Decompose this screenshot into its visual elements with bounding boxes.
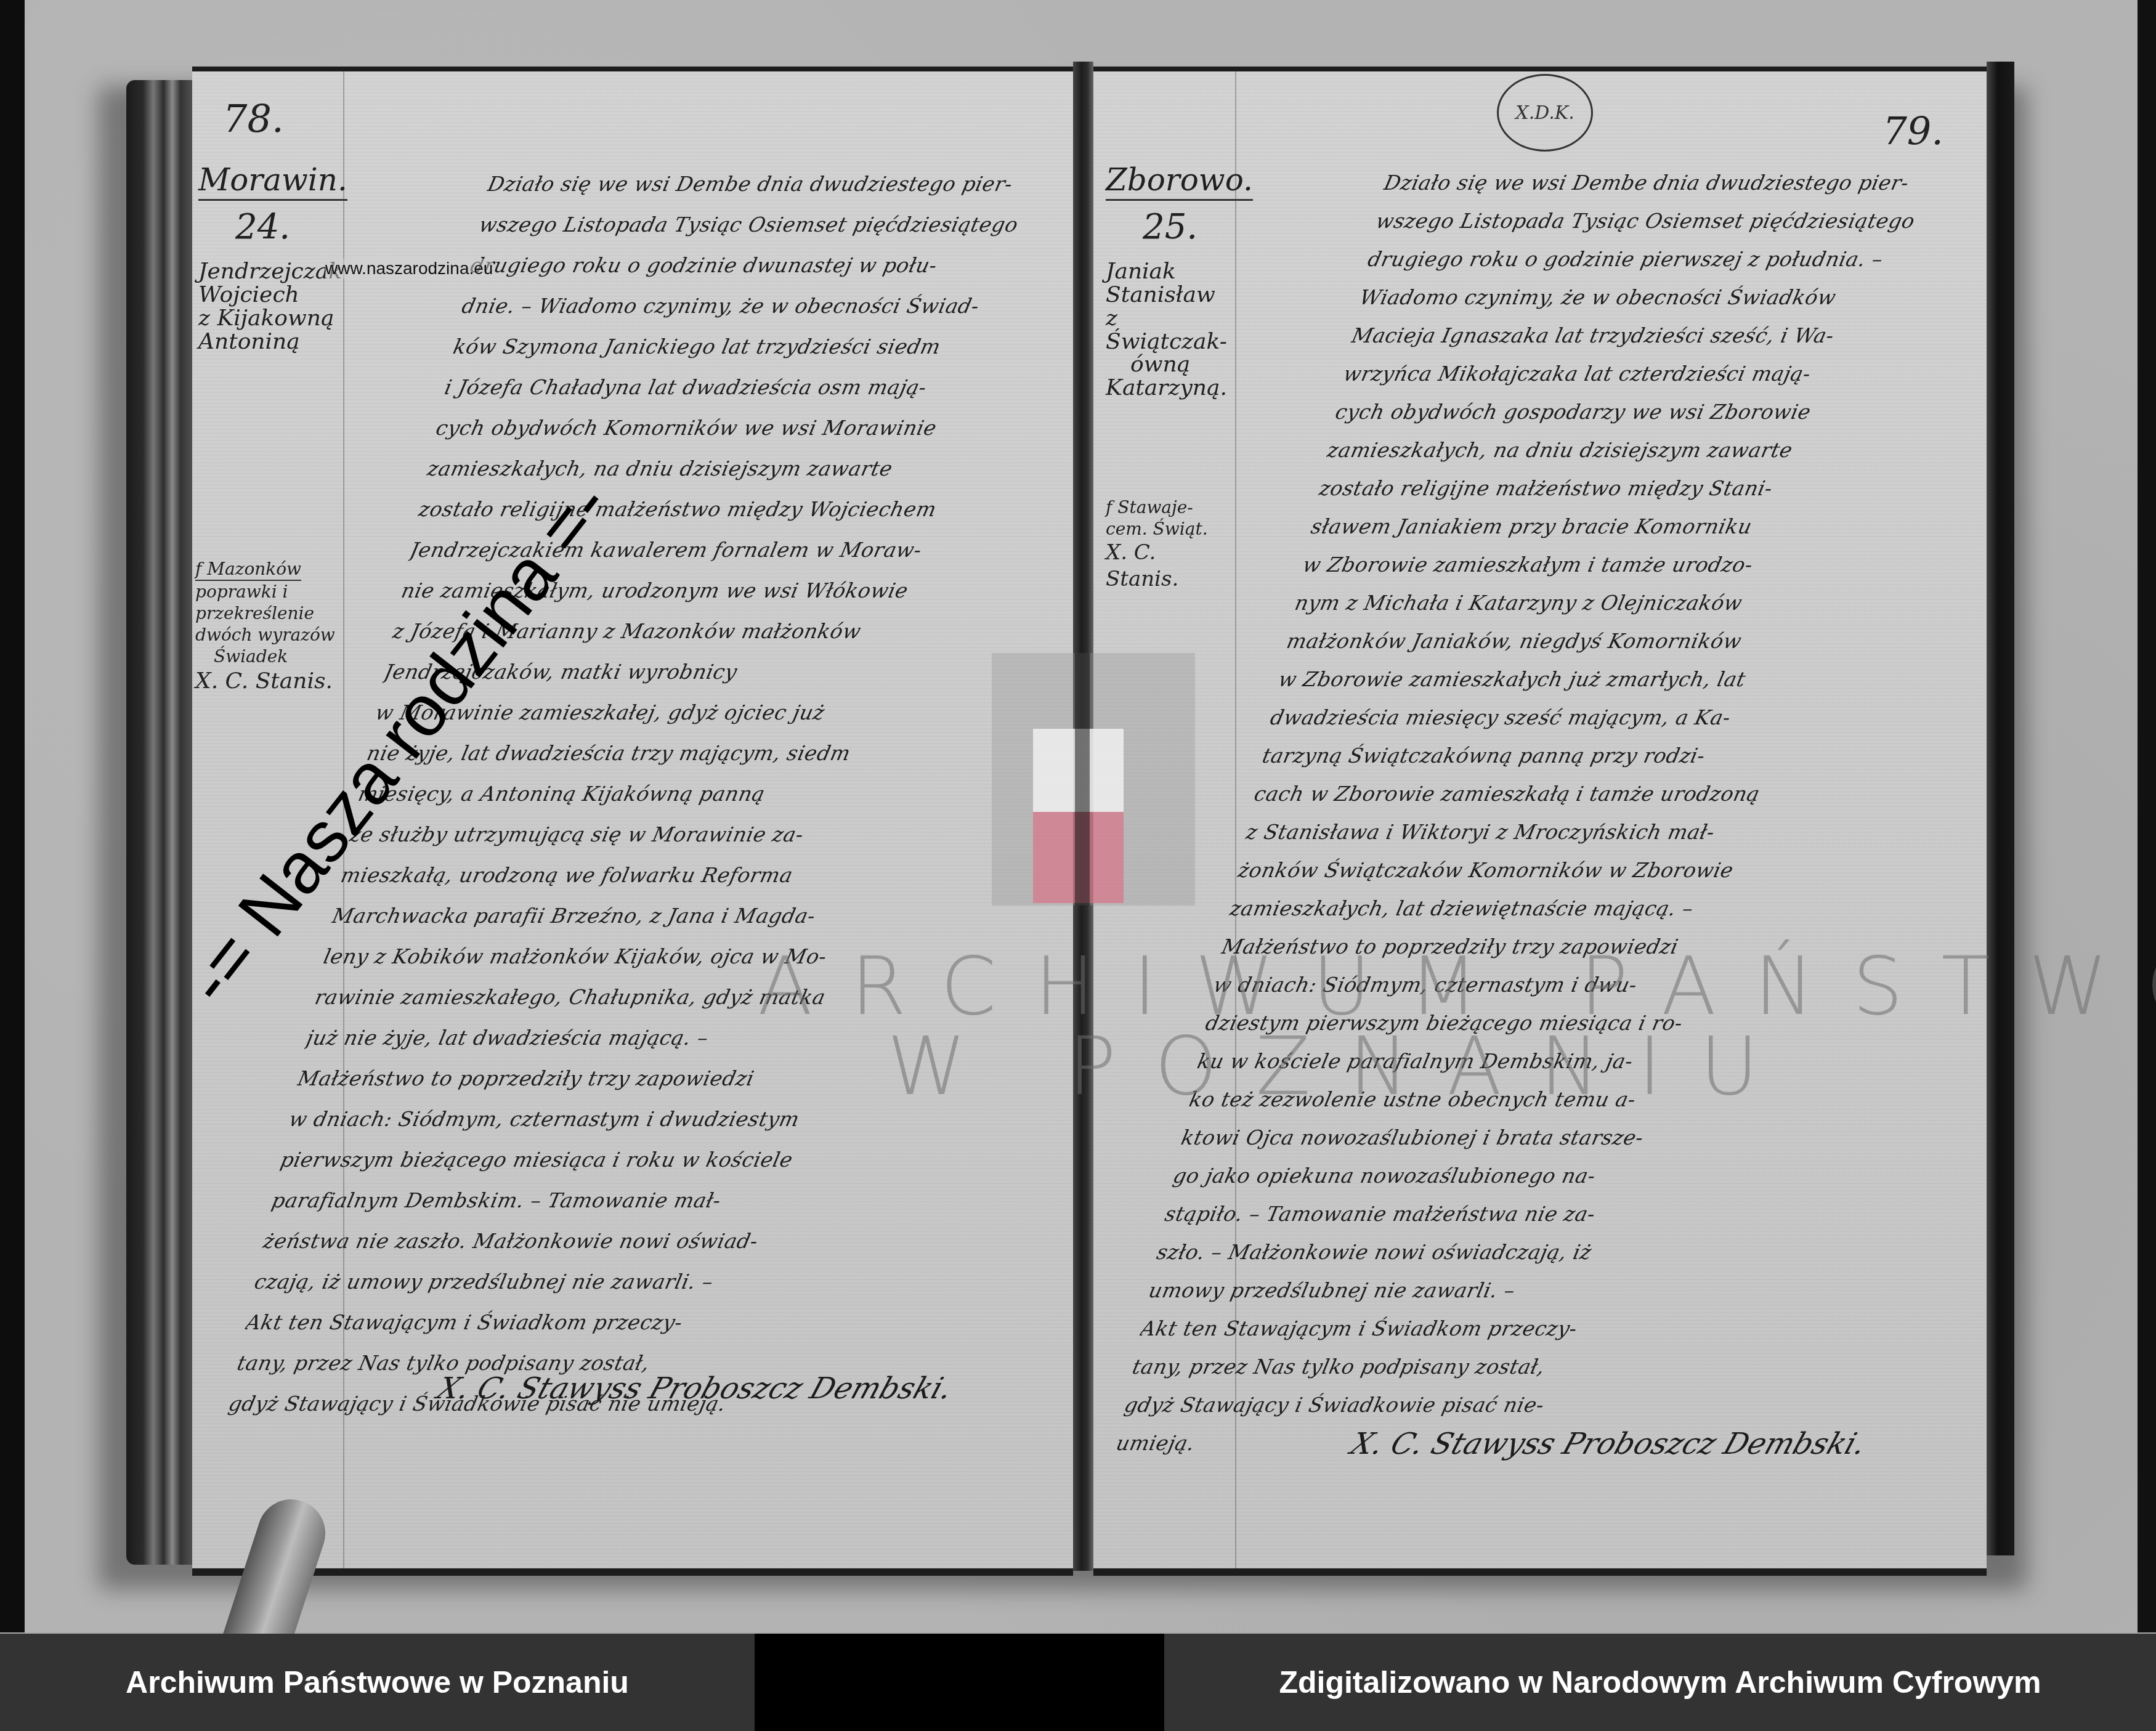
archive-stamp-line2: W POZNANIU xyxy=(887,1020,1797,1113)
footer-archive-label: Archiwum Państwowe w Poznaniu xyxy=(0,1634,755,1731)
page-number: 79. xyxy=(1882,108,1943,153)
entry-number: 25. xyxy=(1143,209,1241,246)
priest-signature: X. C. Stawyss Proboszcz Dembski. xyxy=(1347,1427,1871,1461)
archive-logo-spine-shade xyxy=(1075,653,1090,906)
scan-edge-left xyxy=(0,0,25,1632)
entry-header: Zborowo. 25. Janiak Stanisław z Świątcza… xyxy=(1106,164,1241,400)
entry-place: Zborowo. xyxy=(1106,164,1253,201)
margin-correction-note: f Mazonków poprawki i przekreślenie dwóc… xyxy=(195,558,343,695)
page-number: 78. xyxy=(223,96,284,141)
entry-number: 24. xyxy=(235,209,346,246)
entry-names: Janiak Stanisław z Świątczak- ówną Katar… xyxy=(1106,260,1241,400)
margin-correction-note: f Stawaje- cem. Świąt. X. C. Stanis. xyxy=(1106,497,1235,592)
footer-digitized-label: Zdigitalizowano w Narodowym Archiwum Cyf… xyxy=(1164,1634,2156,1731)
entry-names: Jendrzejczak Wojciech z Kijakowną Antoni… xyxy=(198,260,346,353)
book-page-edges-left xyxy=(126,80,194,1565)
entry-body-text: Działo się we wsi Dembe dnia dwudziesteg… xyxy=(1112,164,2103,1462)
right-page: 79. Zborowo. 25. Janiak Stanisław z Świą… xyxy=(1093,67,1987,1576)
parish-seal-stamp: X.D.K. xyxy=(1497,74,1593,152)
watermark-url: www.naszarodzina.eu xyxy=(325,259,493,278)
scan-edge-right xyxy=(2138,0,2156,1632)
entry-header: Morawin. 24. Jendrzejczak Wojciech z Kij… xyxy=(198,164,346,353)
entry-place: Morawin. xyxy=(198,164,347,201)
priest-signature: X. C. Stawyss Proboszcz Dembski. xyxy=(433,1371,957,1406)
seal-text: X.D.K. xyxy=(1515,102,1574,124)
footer-bar: Archiwum Państwowe w Poznaniu Zdigitaliz… xyxy=(0,1634,2156,1731)
